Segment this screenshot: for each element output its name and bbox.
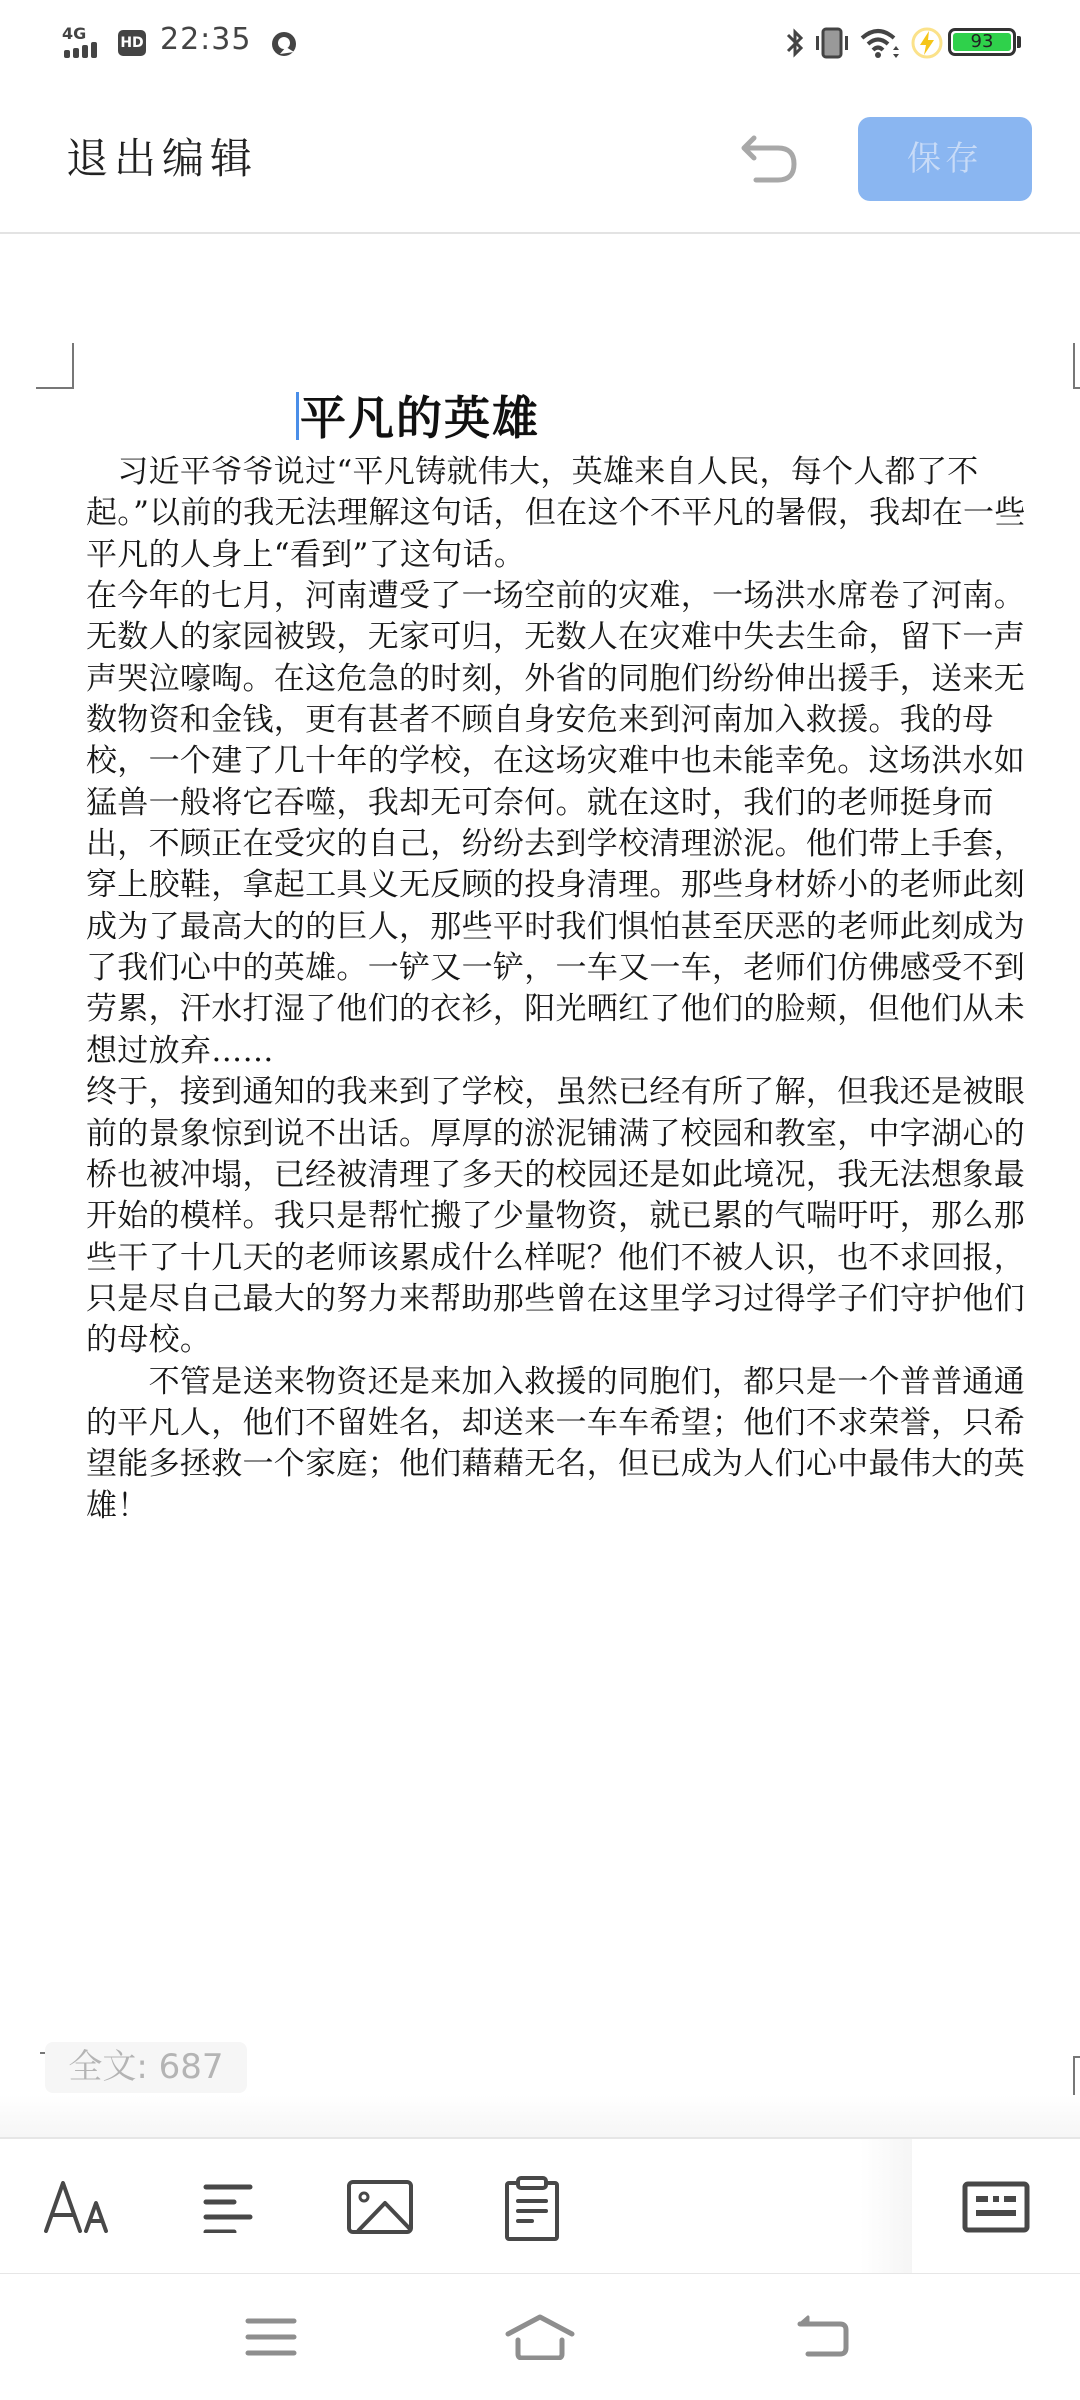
text-line: 猛兽一般将它吞噬，我却无可奈何。就在这时，我们的老师挺身而 <box>86 783 1076 824</box>
status-bar: 4G HD 22:35 93 <box>0 0 1080 90</box>
clock: 22:35 <box>160 22 251 57</box>
text-line: 的平凡人，他们不留姓名，却送来一车车希望；他们不求荣誉，只希 <box>86 1403 1076 1444</box>
bluetooth-icon <box>784 26 806 60</box>
text-line: 雄！ <box>86 1486 1076 1527</box>
text-line: 前的景象惊到说不出话。厚厚的淤泥铺满了校园和教室，中字湖心的 <box>86 1114 1076 1155</box>
signal-icon <box>64 40 108 58</box>
format-toolbar <box>0 2137 1080 2276</box>
hd-icon: HD <box>118 30 146 56</box>
text-line: 无数人的家园被毁，无家可归，无数人在灾难中失去生命，留下一声 <box>86 617 1076 658</box>
toolbar-fade <box>0 2095 1080 2137</box>
document-title[interactable]: 平凡的英雄 <box>300 390 540 446</box>
system-nav-bar <box>0 2274 1080 2400</box>
document-body[interactable]: 习近平爷爷说过“平凡铸就伟大，英雄来自人民，每个人都了不 起。”以前的我无法理解… <box>86 452 1076 1527</box>
text-line: 穿上胶鞋，拿起工具义无反顾的投身清理。那些身材娇小的老师此刻 <box>86 865 1076 906</box>
keyboard-divider <box>860 2139 912 2273</box>
page-corner-mark-top-left <box>36 343 74 389</box>
clipboard-icon[interactable] <box>504 2175 560 2241</box>
text-line: 些干了十几天的老师该累成什么样呢？他们不被人识，也不求回报， <box>86 1238 1076 1279</box>
text-line: 成为了最高大的的巨人，那些平时我们惧怕甚至厌恶的老师此刻成为 <box>86 907 1076 948</box>
image-icon[interactable] <box>346 2179 414 2235</box>
word-count-badge: 全文: 687 <box>45 2042 247 2093</box>
text-line: 了我们心中的英雄。一铲又一铲，一车又一车，老师们仿佛感受不到 <box>86 948 1076 989</box>
text-line: 声哭泣嚎啕。在这危急的时刻，外省的同胞们纷纷伸出援手，送来无 <box>86 659 1076 700</box>
undo-icon[interactable] <box>738 130 802 188</box>
home-icon[interactable] <box>504 2314 576 2360</box>
text-line: 出，不顾正在受灾的自己，纷纷去到学校清理淤泥。他们带上手套， <box>86 824 1076 865</box>
text-line: 校，一个建了几十年的学校，在这场灾难中也未能幸免。这场洪水如 <box>86 741 1076 782</box>
text-line: 想过放弃…… <box>86 1031 1076 1072</box>
keyboard-icon[interactable] <box>962 2181 1030 2233</box>
text-line: 的母校。 <box>86 1320 1076 1361</box>
text-line: 只是尽自己最大的努力来帮助那些曾在这里学习过得学子们守护他们 <box>86 1279 1076 1320</box>
text-line: 习近平爷爷说过“平凡铸就伟大，英雄来自人民，每个人都了不 <box>86 452 1076 493</box>
page-corner-mark-bottom-right <box>1073 2056 1080 2096</box>
app-notification-icon <box>270 30 298 58</box>
text-line: 在今年的七月，河南遭受了一场空前的灾难，一场洪水席卷了河南。 <box>86 576 1076 617</box>
text-line: 劳累，汗水打湿了他们的衣衫，阳光晒红了他们的脸颊，但他们从未 <box>86 989 1076 1030</box>
exit-edit-button[interactable]: 退出编辑 <box>66 134 258 184</box>
battery-level: 93 <box>953 33 1011 51</box>
text-line: 开始的模样。我只是帮忙搬了少量物资，就已累的气喘吁吁，那么那 <box>86 1196 1076 1237</box>
text-line: 桥也被冲塌，已经被清理了多天的校园还是如此境况，我无法想象最 <box>86 1155 1076 1196</box>
back-icon[interactable] <box>796 2314 852 2358</box>
wifi-icon <box>860 26 902 60</box>
battery-icon: 93 <box>948 28 1016 56</box>
text-cursor <box>296 392 299 440</box>
text-line: 终于，接到通知的我来到了学校，虽然已经有所了解，但我还是被眼 <box>86 1072 1076 1113</box>
align-left-icon[interactable] <box>202 2181 254 2233</box>
text-line: 起。”以前的我无法理解这句话，但在这个不平凡的暑假，我却在一些 <box>86 493 1076 534</box>
page-corner-mark-top-right <box>1073 343 1080 389</box>
text-line: 平凡的人身上“看到”了这句话。 <box>86 535 1076 576</box>
battery-cap <box>1017 36 1021 48</box>
font-size-icon[interactable] <box>44 2181 110 2233</box>
charging-icon <box>910 26 944 60</box>
vibrate-icon <box>812 26 852 60</box>
save-button[interactable]: 保存 <box>858 117 1032 201</box>
text-line: 望能多拯救一个家庭；他们藉藉无名，但已成为人们心中最伟大的英 <box>86 1444 1076 1485</box>
editor-header: 退出编辑 保存 <box>0 90 1080 234</box>
text-line: 不管是送来物资还是来加入救援的同胞们，都只是一个普普通通 <box>86 1362 1076 1403</box>
text-line: 数物资和金钱，更有甚者不顾自身安危来到河南加入救援。我的母 <box>86 700 1076 741</box>
menu-icon[interactable] <box>244 2317 298 2357</box>
